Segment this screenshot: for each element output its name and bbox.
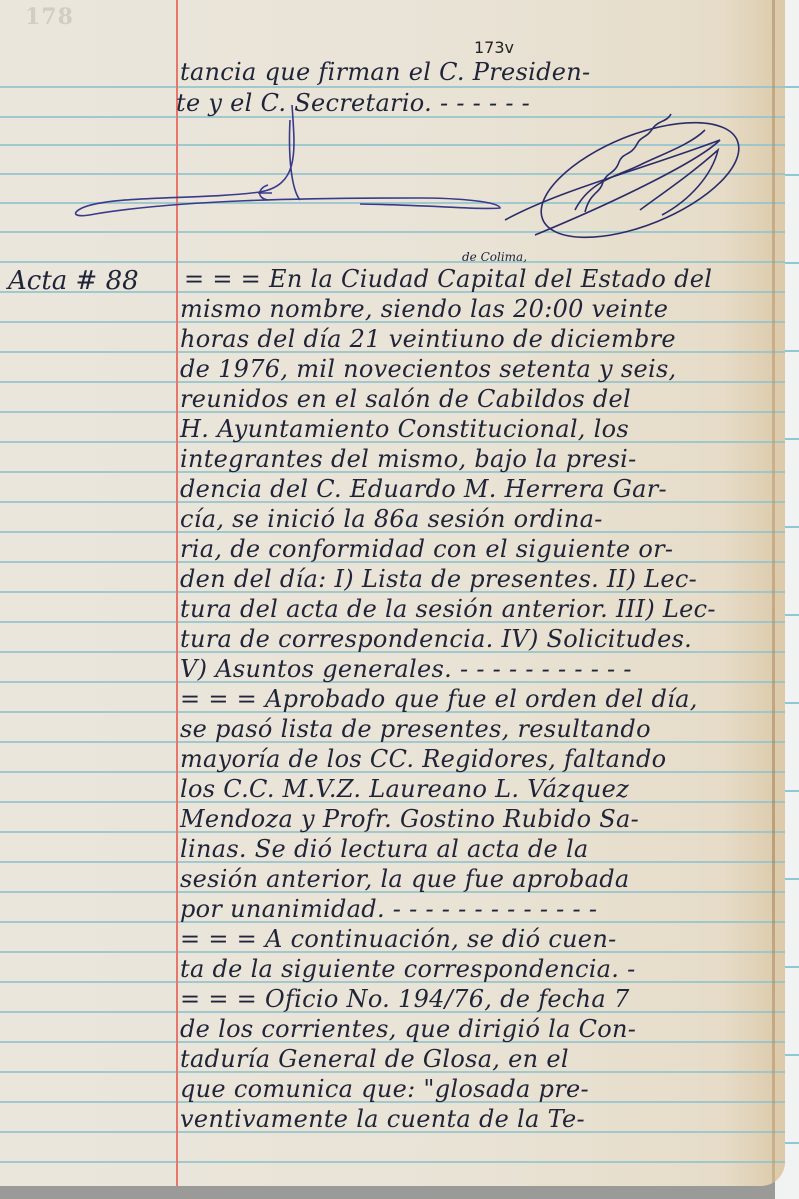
entry-line: Mendoza y Profr. Gostino Rubido Sa- xyxy=(180,805,639,833)
entry-line: de los corrientes, que dirigió la Con- xyxy=(180,1015,636,1043)
entry-line: = = = Oficio No. 194/76, de fecha 7 xyxy=(180,985,630,1013)
entry-line: mismo nombre, siendo las 20:00 veinte xyxy=(180,295,668,323)
rule-line xyxy=(0,1161,785,1163)
entry-line: reunidos en el salón de Cabildos del xyxy=(180,385,631,413)
entry-line: = = = Aprobado que fue el orden del día, xyxy=(180,685,698,713)
rule-line xyxy=(0,261,785,263)
ledger-page: 178 173v tancia que firman el C. Preside… xyxy=(0,0,785,1186)
insertion-note: de Colima, xyxy=(462,250,527,264)
signatures xyxy=(0,0,785,260)
entry-line: dencia del C. Eduardo M. Herrera Gar- xyxy=(180,475,667,503)
entry-line: que comunica que: "glosada pre- xyxy=(180,1075,589,1103)
entry-line: = = = En la Ciudad Capital del Estado de… xyxy=(184,265,712,293)
entry-line: tura del acta de la sesión anterior. III… xyxy=(180,595,716,623)
entry-line: horas del día 21 veintiuno de diciembre xyxy=(180,325,676,353)
entry-line: de 1976, mil novecientos setenta y seis, xyxy=(180,355,677,383)
entry-line: integrantes del mismo, bajo la presi- xyxy=(180,445,637,473)
entry-line: ria, de conformidad con el siguiente or- xyxy=(180,535,673,563)
entry-line: por unanimidad. - - - - - - - - - - - - … xyxy=(180,895,597,923)
entry-line: ventivamente la cuenta de la Te- xyxy=(180,1105,585,1133)
entry-line: taduría General de Glosa, en el xyxy=(180,1045,569,1073)
entry-line: V) Asuntos generales. - - - - - - - - - … xyxy=(180,655,632,683)
entry-line: ta de la siguiente correspondencia. - xyxy=(180,955,636,983)
entry-line: se pasó lista de presentes, resultando xyxy=(180,715,651,743)
entry-line: cía, se inició la 86a sesión ordina- xyxy=(180,505,603,533)
entry-line: sesión anterior, la que fue aprobada xyxy=(180,865,630,893)
act-number-label: Acta # 88 xyxy=(8,266,139,296)
entry-line: los C.C. M.V.Z. Laureano L. Vázquez xyxy=(180,775,629,803)
secretary-signature-icon xyxy=(505,99,754,260)
entry-line: = = = A continuación, se dió cuen- xyxy=(180,925,616,953)
entry-line: mayoría de los CC. Regidores, faltando xyxy=(180,745,666,773)
president-signature-icon xyxy=(76,105,500,216)
entry-line: den del día: I) Lista de presentes. II) … xyxy=(180,565,697,593)
entry-line: H. Ayuntamiento Constitucional, los xyxy=(180,415,629,443)
entry-line: linas. Se dió lectura al acta de la xyxy=(180,835,589,863)
entry-line: tura de correspondencia. IV) Solicitudes… xyxy=(180,625,692,653)
